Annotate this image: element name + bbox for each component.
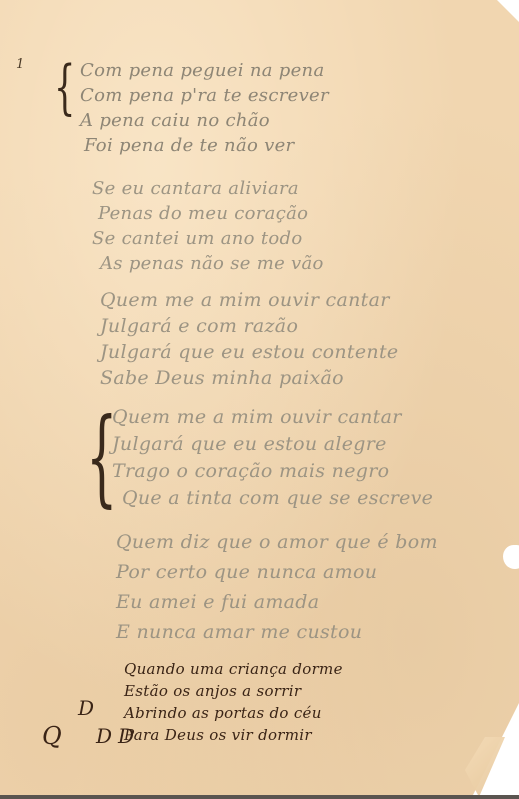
verse-line: Trago o coração mais negro — [112, 458, 433, 485]
stanza-6: Quando uma criança dorme Estão os anjos … — [124, 658, 343, 746]
marginal-letter: D — [96, 724, 112, 748]
scan-edge — [0, 795, 519, 799]
marginal-letter: D — [118, 724, 134, 748]
verse-line: Com pena peguei na pena — [80, 58, 329, 83]
verse-line: Quem me a mim ouvir cantar — [100, 287, 398, 313]
stanza-2: Se eu cantara aliviara Penas do meu cora… — [92, 176, 324, 276]
verse-line: Foi pena de te não ver — [80, 133, 329, 158]
page-number: 1 — [16, 57, 24, 72]
stanza-5: Quem diz que o amor que é bom Por certo … — [116, 527, 438, 647]
stanza-brace-icon: { — [54, 54, 75, 122]
verse-line: Sabe Deus minha paixão — [100, 365, 398, 391]
verse-line: A pena caiu no chão — [80, 108, 329, 133]
marginal-letter: D — [78, 696, 94, 720]
stanza-4: Quem me a mim ouvir cantar Julgará que e… — [112, 404, 433, 512]
stanza-1: Com pena peguei na pena Com pena p'ra te… — [80, 58, 329, 158]
verse-line: Abrindo as portas do céu — [124, 702, 343, 724]
verse-line: Se cantei um ano todo — [92, 226, 324, 251]
verse-line: Que a tinta com que se escreve — [112, 485, 433, 512]
verse-line: Quando uma criança dorme — [124, 658, 343, 680]
verse-line: Por certo que nunca amou — [116, 557, 438, 587]
verse-line: Com pena p'ra te escrever — [80, 83, 329, 108]
verse-line: Julgará e com razão — [100, 313, 398, 339]
marginal-letter: Q — [42, 722, 62, 750]
torn-corner — [497, 0, 519, 22]
stanza-3: Quem me a mim ouvir cantar Julgará e com… — [100, 287, 398, 391]
verse-line: As penas não se me vão — [92, 251, 324, 276]
verse-line: Quem diz que o amor que é bom — [116, 527, 438, 557]
paper-hole — [503, 545, 519, 569]
manuscript-page: 1 { Com pena peguei na pena Com pena p'r… — [0, 0, 519, 799]
verse-line: Julgará que eu estou contente — [100, 339, 398, 365]
verse-line: Se eu cantara aliviara — [92, 176, 324, 201]
verse-line: Quem me a mim ouvir cantar — [112, 404, 433, 431]
verse-line: Julgará que eu estou alegre — [112, 431, 433, 458]
verse-line: Eu amei e fui amada — [116, 587, 438, 617]
verse-line: Penas do meu coração — [92, 201, 324, 226]
verse-line: Estão os anjos a sorrir — [124, 680, 343, 702]
verse-line: E nunca amar me custou — [116, 617, 438, 647]
verse-line: Para Deus os vir dormir — [124, 724, 343, 746]
